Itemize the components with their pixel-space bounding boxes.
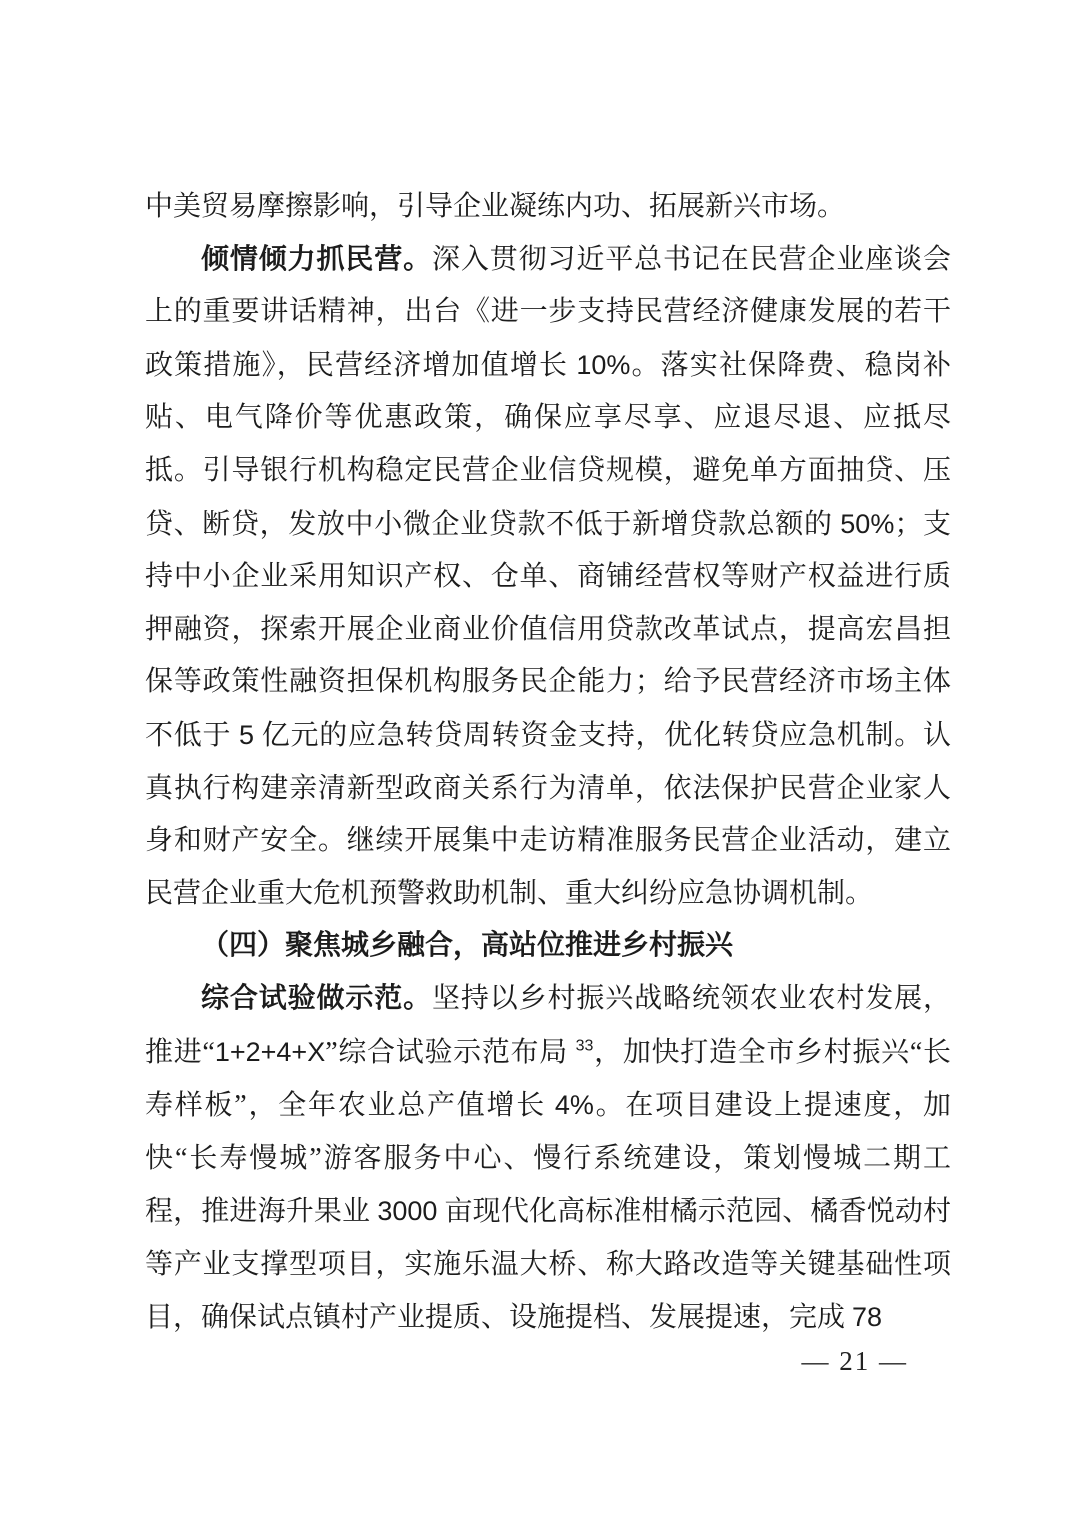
text-run: 综合试验做示范。 <box>201 983 432 1014</box>
text-run: 3000 <box>377 1196 437 1226</box>
heading-section-four: （四）聚焦城乡融合，高站位推进乡村振兴 <box>145 920 951 973</box>
text-run: 50% <box>840 509 894 539</box>
document-body: 中美贸易摩擦影响，引导企业凝练内功、拓展新兴市场。倾情倾力抓民营。深入贯彻习近平… <box>145 181 951 1345</box>
text-run: 中美贸易摩擦影响，引导企业凝练内功、拓展新兴市场。 <box>145 191 845 222</box>
text-run: 4% <box>555 1090 594 1120</box>
text-run: 倾情倾力抓民营。 <box>201 244 432 275</box>
text-run: （四）聚焦城乡融合，高站位推进乡村振兴 <box>201 930 733 961</box>
text-run: 78 <box>852 1302 882 1332</box>
text-run: 亿元的应急转贷周转资金支持，优化转贷应急机制。认真执行构建亲清新型政商关系行为清… <box>145 720 951 909</box>
para-rural-revitalization: 综合试验做示范。坚持以乡村振兴战略统领农业农村发展，推进“1+2+4+X”综合试… <box>145 973 951 1345</box>
para-private-economy: 倾情倾力抓民营。深入贯彻习近平总书记在民营企业座谈会上的重要讲话精神，出台《进一… <box>145 234 951 921</box>
text-run: ；支持中小企业采用知识产权、仓单、商铺经营权等财产权益进行质押融资，探索开展企业… <box>145 509 951 751</box>
para-trade-friction-continuation: 中美贸易摩擦影响，引导企业凝练内功、拓展新兴市场。 <box>145 181 951 234</box>
document-page: 中美贸易摩擦影响，引导企业凝练内功、拓展新兴市场。倾情倾力抓民营。深入贯彻习近平… <box>0 0 1074 1520</box>
text-run: 10% <box>576 350 630 380</box>
text-run: 33 <box>576 1037 594 1054</box>
text-run: 5 <box>239 720 254 750</box>
page-number: — 21 — <box>802 1346 909 1377</box>
text-run: ”综合试验示范布局 <box>325 1037 575 1068</box>
text-run: 1+2+4+X <box>215 1037 325 1067</box>
